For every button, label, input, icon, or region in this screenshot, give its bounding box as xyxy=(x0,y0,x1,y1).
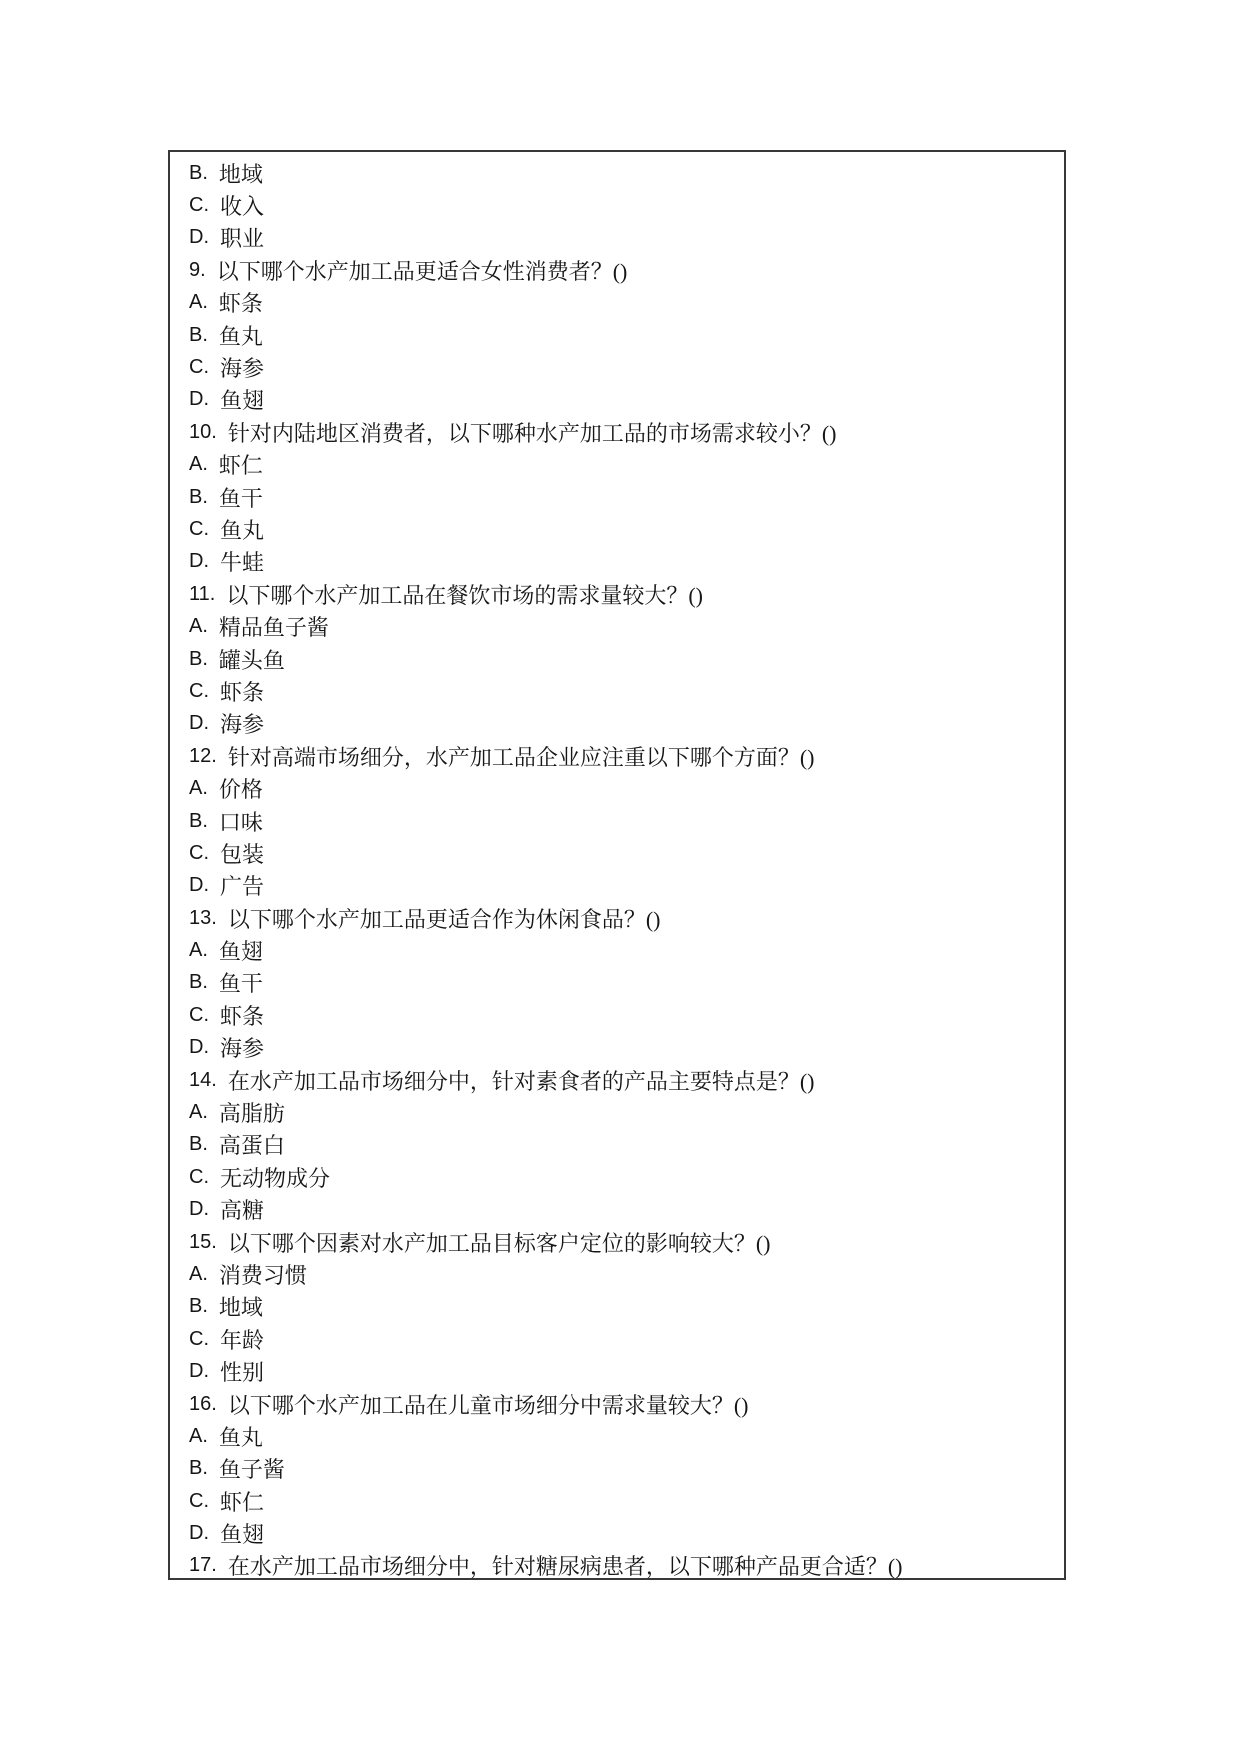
option-label: A. xyxy=(189,939,208,962)
option-line: B.口味 xyxy=(189,805,1046,837)
option-text: 价格 xyxy=(219,773,263,804)
option-line: D.牛蛙 xyxy=(189,546,1046,578)
question-line: 14.在水产加工品市场细分中，针对素食者的产品主要特点是？() xyxy=(189,1064,1046,1096)
option-line: B.鱼干 xyxy=(189,967,1046,999)
option-text: 高蛋白 xyxy=(219,1129,285,1160)
option-line: D.海参 xyxy=(189,708,1046,740)
option-text: 广告 xyxy=(220,870,264,901)
option-label: B. xyxy=(189,162,208,185)
option-label: B. xyxy=(189,1295,208,1318)
question-line: 10.针对内陆地区消费者，以下哪种水产加工品的市场需求较小？() xyxy=(189,416,1046,448)
option-label: D. xyxy=(189,388,209,411)
option-label: D. xyxy=(189,226,209,249)
option-line: A.消费习惯 xyxy=(189,1258,1046,1290)
option-text: 虾条 xyxy=(220,1000,264,1031)
option-label: D. xyxy=(189,550,209,573)
option-line: C.鱼丸 xyxy=(189,513,1046,545)
question-text: 以下哪个水产加工品更适合作为休闲食品？() xyxy=(228,903,661,934)
option-label: B. xyxy=(189,1133,208,1156)
option-text: 鱼丸 xyxy=(219,320,263,351)
option-label: C. xyxy=(189,356,209,379)
option-text: 鱼干 xyxy=(219,967,263,998)
option-text: 收入 xyxy=(220,190,264,221)
option-text: 性别 xyxy=(220,1356,264,1387)
option-label: A. xyxy=(189,615,208,638)
option-text: 鱼子酱 xyxy=(219,1453,285,1484)
question-text: 以下哪个因素对水产加工品目标客户定位的影响较大？() xyxy=(228,1227,771,1258)
option-label: A. xyxy=(189,1263,208,1286)
option-line: D.鱼翅 xyxy=(189,1517,1046,1549)
question-text: 以下哪个水产加工品在儿童市场细分中需求量较大？() xyxy=(228,1389,749,1420)
question-text: 在水产加工品市场细分中，针对糖尿病患者，以下哪种产品更合适？() xyxy=(228,1550,903,1580)
option-label: B. xyxy=(189,324,208,347)
option-text: 海参 xyxy=(220,1032,264,1063)
option-line: D.广告 xyxy=(189,870,1046,902)
option-text: 精品鱼子酱 xyxy=(219,611,329,642)
option-line: D.性别 xyxy=(189,1355,1046,1387)
option-text: 鱼丸 xyxy=(220,514,264,545)
option-label: D. xyxy=(189,1198,209,1221)
option-text: 鱼翅 xyxy=(220,384,264,415)
option-line: C.虾仁 xyxy=(189,1485,1046,1517)
question-number: 10. xyxy=(189,421,217,444)
option-text: 虾仁 xyxy=(219,449,263,480)
option-label: B. xyxy=(189,810,208,833)
question-text: 以下哪个水产加工品在餐饮市场的需求量较大？() xyxy=(226,579,703,610)
option-text: 地域 xyxy=(219,1291,263,1322)
option-label: B. xyxy=(189,971,208,994)
option-label: B. xyxy=(189,1457,208,1480)
option-line: C.虾条 xyxy=(189,999,1046,1031)
option-text: 罐头鱼 xyxy=(219,644,285,675)
option-label: C. xyxy=(189,1328,209,1351)
option-text: 职业 xyxy=(220,222,264,253)
option-text: 无动物成分 xyxy=(220,1162,330,1193)
question-text: 在水产加工品市场细分中，针对素食者的产品主要特点是？() xyxy=(228,1065,815,1096)
option-label: A. xyxy=(189,1425,208,1448)
option-label: D. xyxy=(189,1360,209,1383)
option-line: A.虾条 xyxy=(189,287,1046,319)
option-line: B.高蛋白 xyxy=(189,1129,1046,1161)
option-text: 年龄 xyxy=(220,1324,264,1355)
question-line: 12.针对高端市场细分，水产加工品企业应注重以下哪个方面？() xyxy=(189,740,1046,772)
option-text: 消费习惯 xyxy=(219,1259,307,1290)
option-line: C.年龄 xyxy=(189,1323,1046,1355)
option-label: C. xyxy=(189,518,209,541)
question-number: 9. xyxy=(189,259,206,282)
option-label: A. xyxy=(189,291,208,314)
option-text: 鱼丸 xyxy=(219,1421,263,1452)
option-label: B. xyxy=(189,486,208,509)
option-line: A.鱼丸 xyxy=(189,1420,1046,1452)
question-number: 13. xyxy=(189,907,217,930)
option-text: 虾条 xyxy=(219,287,263,318)
option-text: 高糖 xyxy=(220,1194,264,1225)
question-line: 13.以下哪个水产加工品更适合作为休闲食品？() xyxy=(189,902,1046,934)
question-line: 11.以下哪个水产加工品在餐饮市场的需求量较大？() xyxy=(189,578,1046,610)
option-label: B. xyxy=(189,648,208,671)
option-text: 海参 xyxy=(220,708,264,739)
option-label: C. xyxy=(189,1490,209,1513)
option-line: D.海参 xyxy=(189,1032,1046,1064)
option-label: A. xyxy=(189,1101,208,1124)
option-text: 海参 xyxy=(220,352,264,383)
option-label: C. xyxy=(189,842,209,865)
option-label: C. xyxy=(189,1004,209,1027)
option-text: 地域 xyxy=(219,158,263,189)
option-line: D.鱼翅 xyxy=(189,384,1046,416)
option-label: D. xyxy=(189,1036,209,1059)
option-label: D. xyxy=(189,712,209,735)
question-line: 9.以下哪个水产加工品更适合女性消费者？() xyxy=(189,254,1046,286)
option-line: D.职业 xyxy=(189,222,1046,254)
option-label: C. xyxy=(189,680,209,703)
option-text: 鱼干 xyxy=(219,482,263,513)
option-line: A.鱼翅 xyxy=(189,934,1046,966)
option-text: 牛蛙 xyxy=(220,546,264,577)
option-line: C.收入 xyxy=(189,189,1046,221)
option-line: A.虾仁 xyxy=(189,449,1046,481)
option-text: 虾仁 xyxy=(220,1486,264,1517)
option-line: C.包装 xyxy=(189,837,1046,869)
option-label: A. xyxy=(189,777,208,800)
question-number: 11. xyxy=(189,583,215,606)
question-number: 17. xyxy=(189,1554,217,1577)
option-label: D. xyxy=(189,874,209,897)
option-text: 虾条 xyxy=(220,676,264,707)
option-line: B.鱼干 xyxy=(189,481,1046,513)
option-line: B.地域 xyxy=(189,157,1046,189)
option-line: C.虾条 xyxy=(189,675,1046,707)
option-text: 包装 xyxy=(220,838,264,869)
question-line: 15.以下哪个因素对水产加工品目标客户定位的影响较大？() xyxy=(189,1226,1046,1258)
option-line: B.罐头鱼 xyxy=(189,643,1046,675)
option-line: B.地域 xyxy=(189,1291,1046,1323)
option-text: 口味 xyxy=(219,806,263,837)
question-number: 15. xyxy=(189,1231,217,1254)
question-number: 14. xyxy=(189,1069,217,1092)
question-text: 针对内陆地区消费者，以下哪种水产加工品的市场需求较小？() xyxy=(228,417,837,448)
option-line: A.高脂肪 xyxy=(189,1096,1046,1128)
option-line: C.无动物成分 xyxy=(189,1161,1046,1193)
quiz-question-box: B.地域 C.收入 D.职业 9.以下哪个水产加工品更适合女性消费者？() A.… xyxy=(168,150,1066,1580)
question-number: 12. xyxy=(189,745,217,768)
option-line: D.高糖 xyxy=(189,1194,1046,1226)
option-text: 鱼翅 xyxy=(219,935,263,966)
option-line: B.鱼丸 xyxy=(189,319,1046,351)
option-line: C.海参 xyxy=(189,351,1046,383)
option-line: A.精品鱼子酱 xyxy=(189,610,1046,642)
question-text: 以下哪个水产加工品更适合女性消费者？() xyxy=(217,255,628,286)
option-label: D. xyxy=(189,1522,209,1545)
question-text: 针对高端市场细分，水产加工品企业应注重以下哪个方面？() xyxy=(228,741,815,772)
option-line: B.鱼子酱 xyxy=(189,1453,1046,1485)
option-label: C. xyxy=(189,194,209,217)
question-line: 17.在水产加工品市场细分中，针对糖尿病患者，以下哪种产品更合适？() xyxy=(189,1550,1046,1580)
option-text: 鱼翅 xyxy=(220,1518,264,1549)
option-text: 高脂肪 xyxy=(219,1097,285,1128)
option-label: C. xyxy=(189,1166,209,1189)
option-label: A. xyxy=(189,453,208,476)
option-line: A.价格 xyxy=(189,772,1046,804)
question-number: 16. xyxy=(189,1393,217,1416)
question-line: 16.以下哪个水产加工品在儿童市场细分中需求量较大？() xyxy=(189,1388,1046,1420)
